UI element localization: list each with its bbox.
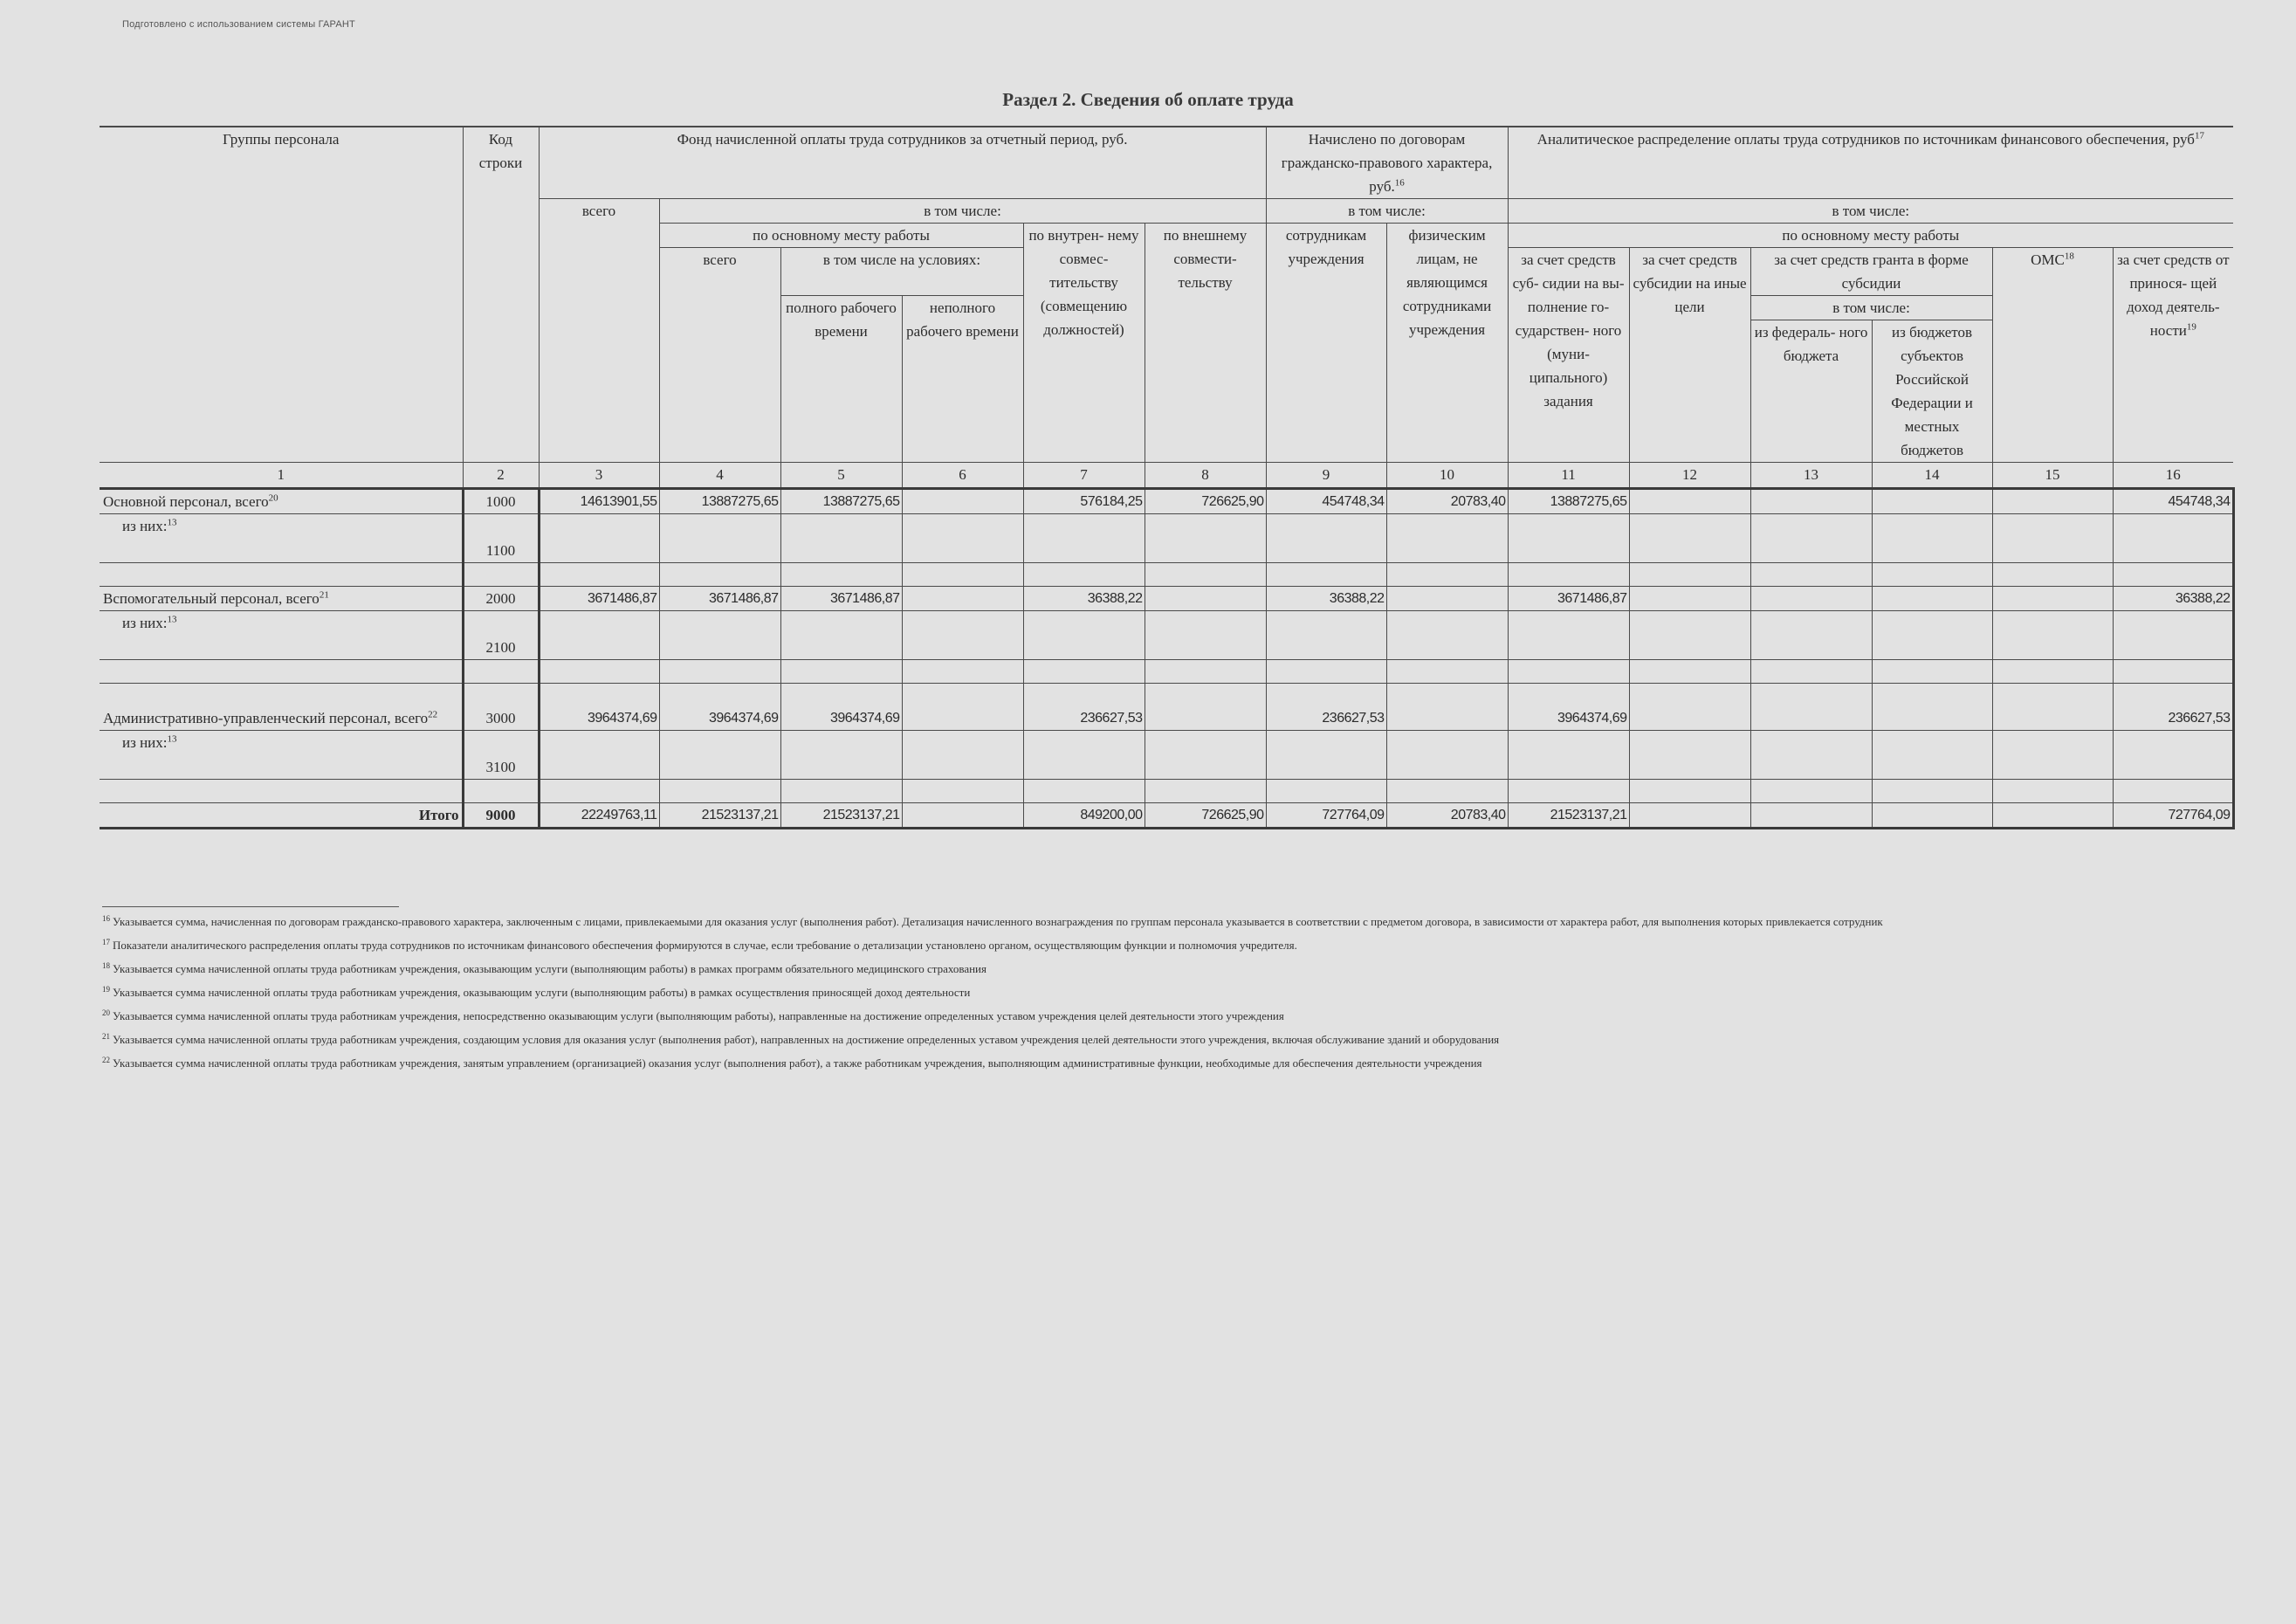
row-code: 9000 (463, 803, 539, 829)
row-label: из них:13 (100, 731, 463, 780)
footnote-19: 19Указывается сумма начисленной оплаты т… (102, 981, 2215, 1004)
row-label-text: Административно-управленческий персонал,… (103, 710, 428, 726)
row-code: 3000 (463, 684, 539, 731)
footnote-ref: 20 (269, 492, 278, 503)
column-number: 12 (1629, 463, 1750, 489)
value-cell (1872, 660, 1992, 684)
footnote-ref: 13 (167, 733, 176, 744)
value-cell (902, 660, 1023, 684)
value-cell (2113, 731, 2233, 780)
header-an-grant-incl: в том числе: (1750, 296, 1992, 320)
value-cell (1508, 611, 1629, 660)
row-label-text: из них: (122, 518, 167, 534)
row-label: из них:13 (100, 611, 463, 660)
value-cell (1386, 731, 1508, 780)
footnote-16: 16Указывается сумма, начисленная по дого… (102, 910, 2215, 933)
value-cell (659, 660, 780, 684)
footnote-20: 20Указывается сумма начисленной оплаты т… (102, 1004, 2215, 1028)
value-cell: 21523137,21 (780, 803, 902, 829)
header-an-income: за счет средств от принося- щей доход де… (2113, 248, 2233, 463)
header-fund-total: всего (539, 199, 659, 463)
value-cell: 3671486,87 (659, 587, 780, 611)
header-fund: Фонд начисленной оплаты труда сотруднико… (539, 127, 1266, 199)
value-cell (1386, 563, 1508, 587)
table-row (100, 780, 2233, 803)
column-number: 2 (463, 463, 539, 489)
value-cell: 727764,09 (1266, 803, 1386, 829)
value-cell (1992, 803, 2113, 829)
value-cell (2113, 563, 2233, 587)
header-an-other: за счет средств субсидии на иные цели (1629, 248, 1750, 463)
row-code: 1100 (463, 514, 539, 563)
value-cell (1872, 731, 1992, 780)
footnote-text: Указывается сумма начисленной оплаты тру… (113, 962, 986, 975)
footnote-text: Указывается сумма начисленной оплаты тру… (113, 1033, 1499, 1046)
value-cell (902, 514, 1023, 563)
header-civil: Начислено по договорам гражданско-правов… (1266, 127, 1508, 199)
column-number: 13 (1750, 463, 1872, 489)
value-cell (1992, 587, 2113, 611)
row-label: из них:13 (100, 514, 463, 563)
footnote-number: 18 (102, 961, 110, 970)
value-cell (902, 563, 1023, 587)
value-cell (1750, 489, 1872, 514)
value-cell: 726625,90 (1145, 489, 1266, 514)
header-code: Код строки (463, 127, 539, 463)
value-cell (1508, 563, 1629, 587)
value-cell (1266, 563, 1386, 587)
footnote-number: 16 (102, 914, 110, 923)
column-number: 5 (780, 463, 902, 489)
value-cell: 727764,09 (2113, 803, 2233, 829)
value-cell: 36388,22 (1266, 587, 1386, 611)
value-cell: 849200,00 (1023, 803, 1145, 829)
footnote-number: 17 (102, 938, 110, 946)
footnote-22: 22Указывается сумма начисленной оплаты т… (102, 1051, 2215, 1075)
value-cell: 36388,22 (1023, 587, 1145, 611)
value-cell (1386, 684, 1508, 731)
value-cell (780, 611, 902, 660)
value-cell: 3964374,69 (659, 684, 780, 731)
value-cell (1023, 660, 1145, 684)
value-cell (1750, 587, 1872, 611)
header-external: по внешнему совмести- тельству (1145, 224, 1266, 463)
value-cell (1992, 780, 2113, 803)
value-cell (1266, 780, 1386, 803)
table-row: из них:131100 (100, 514, 2233, 563)
table-row (100, 660, 2233, 684)
value-cell: 576184,25 (1023, 489, 1145, 514)
value-cell (1872, 489, 1992, 514)
value-cell (1508, 514, 1629, 563)
footnote-number: 22 (102, 1056, 110, 1064)
row-code (463, 660, 539, 684)
value-cell (1386, 660, 1508, 684)
value-cell (1992, 563, 2113, 587)
value-cell: 454748,34 (2113, 489, 2233, 514)
value-cell: 20783,40 (1386, 803, 1508, 829)
section-title: Раздел 2. Сведения об оплате труда (0, 89, 2296, 111)
value-cell (1872, 803, 1992, 829)
value-cell (2113, 514, 2233, 563)
value-cell (659, 563, 780, 587)
row-label (100, 660, 463, 684)
column-number: 7 (1023, 463, 1145, 489)
value-cell: 3964374,69 (780, 684, 902, 731)
value-cell (1508, 731, 1629, 780)
row-code (463, 780, 539, 803)
value-cell (1145, 684, 1266, 731)
value-cell: 236627,53 (2113, 684, 2233, 731)
value-cell (539, 660, 659, 684)
value-cell (1629, 660, 1750, 684)
column-number: 10 (1386, 463, 1508, 489)
value-cell (902, 489, 1023, 514)
row-code: 1000 (463, 489, 539, 514)
value-cell (1266, 611, 1386, 660)
value-cell (2113, 611, 2233, 660)
value-cell (1872, 587, 1992, 611)
value-cell (1023, 514, 1145, 563)
header-part-time: неполного рабочего времени (902, 296, 1023, 463)
value-cell (1750, 803, 1872, 829)
value-cell (1750, 611, 1872, 660)
value-cell (1872, 563, 1992, 587)
value-cell (1629, 587, 1750, 611)
footnote-text: Указывается сумма, начисленная по догово… (113, 915, 1883, 928)
footnote-ref: 21 (320, 589, 329, 600)
value-cell: 236627,53 (1266, 684, 1386, 731)
value-cell: 22249763,11 (539, 803, 659, 829)
row-label-text: из них: (122, 615, 167, 631)
table-row: Административно-управленческий персонал,… (100, 684, 2233, 731)
value-cell (1145, 611, 1266, 660)
value-cell (1386, 587, 1508, 611)
header-analytic-text: Аналитическое распределение оплаты труда… (1537, 131, 2195, 148)
header-an-income-text: за счет средств от принося- щей доход де… (2117, 251, 2229, 339)
footnote-ref: 18 (2065, 251, 2074, 261)
value-cell: 3964374,69 (539, 684, 659, 731)
table-row (100, 563, 2233, 587)
footnote-17: 17Показатели аналитического распределени… (102, 933, 2215, 957)
value-cell (902, 587, 1023, 611)
footnote-ref: 17 (2195, 130, 2204, 141)
value-cell (902, 611, 1023, 660)
footnotes: 16Указывается сумма, начисленная по дого… (102, 910, 2215, 1075)
header-civil-incl: в том числе: (1266, 199, 1508, 224)
header-main-total: всего (659, 248, 780, 463)
value-cell (1023, 731, 1145, 780)
value-cell (1386, 514, 1508, 563)
header-civil-individuals: физическим лицам, не являющимся сотрудни… (1386, 224, 1508, 463)
value-cell (1992, 684, 2113, 731)
header-civil-text: Начислено по договорам гражданско-правов… (1282, 131, 1493, 195)
value-cell (1629, 684, 1750, 731)
value-cell (1145, 780, 1266, 803)
value-cell (1145, 660, 1266, 684)
value-cell (1508, 660, 1629, 684)
row-code (463, 563, 539, 587)
value-cell (1629, 803, 1750, 829)
value-cell: 3671486,87 (539, 587, 659, 611)
header-full-time: полного рабочего времени (780, 296, 902, 463)
value-cell (1508, 780, 1629, 803)
header-main-place: по основному месту работы (659, 224, 1023, 248)
column-numbers-row: 12345678910111213141516 (100, 463, 2233, 489)
header-analytic: Аналитическое распределение оплаты труда… (1508, 127, 2233, 199)
value-cell (1992, 731, 2113, 780)
footnote-ref: 19 (2187, 321, 2196, 332)
value-cell (1750, 780, 1872, 803)
footnote-text: Указывается сумма начисленной оплаты тру… (113, 1009, 1284, 1022)
value-cell (1266, 731, 1386, 780)
header-an-federal: из федераль- ного бюджета (1750, 320, 1872, 463)
footnote-21: 21Указывается сумма начисленной оплаты т… (102, 1028, 2215, 1051)
value-cell: 13887275,65 (780, 489, 902, 514)
value-cell (1023, 780, 1145, 803)
table-body: Основной персонал, всего20100014613901,5… (100, 489, 2233, 829)
value-cell (1992, 660, 2113, 684)
value-cell (539, 514, 659, 563)
value-cell: 726625,90 (1145, 803, 1266, 829)
footnote-ref: 22 (428, 709, 437, 719)
row-label: Итого (100, 803, 463, 829)
footnote-ref: 13 (167, 517, 176, 527)
column-number: 4 (659, 463, 780, 489)
value-cell (1145, 731, 1266, 780)
header-analytic-incl: в том числе: (1508, 199, 2233, 224)
value-cell (902, 780, 1023, 803)
value-cell: 3671486,87 (780, 587, 902, 611)
value-cell (780, 780, 902, 803)
value-cell (659, 514, 780, 563)
value-cell (1872, 684, 1992, 731)
header-analytic-main-place: по основному месту работы (1508, 224, 2233, 248)
value-cell: 3671486,87 (1508, 587, 1629, 611)
footnote-text: Указывается сумма начисленной оплаты тру… (113, 1056, 1482, 1070)
value-cell: 36388,22 (2113, 587, 2233, 611)
value-cell (659, 731, 780, 780)
value-cell (1992, 489, 2113, 514)
row-label: Административно-управленческий персонал,… (100, 684, 463, 731)
value-cell (659, 780, 780, 803)
value-cell (1145, 563, 1266, 587)
value-cell (1872, 611, 1992, 660)
value-cell (1629, 611, 1750, 660)
column-number: 6 (902, 463, 1023, 489)
value-cell (659, 611, 780, 660)
row-label-text: Итого (419, 807, 459, 823)
value-cell (1629, 514, 1750, 563)
value-cell (1386, 780, 1508, 803)
row-code: 2000 (463, 587, 539, 611)
value-cell (1266, 514, 1386, 563)
header-an-oms-text: ОМС (2031, 251, 2065, 268)
table-row: из них:133100 (100, 731, 2233, 780)
footnote-separator (102, 906, 399, 907)
column-number: 9 (1266, 463, 1386, 489)
value-cell (902, 731, 1023, 780)
header-an-oms: ОМС18 (1992, 248, 2113, 463)
header-fund-incl: в том числе: (659, 199, 1266, 224)
row-label-text: Основной персонал, всего (103, 493, 269, 510)
value-cell (1266, 660, 1386, 684)
footnote-18: 18Указывается сумма начисленной оплаты т… (102, 957, 2215, 981)
value-cell (1750, 563, 1872, 587)
header-an-regional: из бюджетов субъектов Российской Федерац… (1872, 320, 1992, 463)
value-cell (1872, 514, 1992, 563)
footnote-number: 19 (102, 985, 110, 994)
source-note: Подготовлено с использованием системы ГА… (122, 19, 355, 30)
value-cell (1629, 489, 1750, 514)
footnote-number: 21 (102, 1032, 110, 1041)
value-cell (2113, 660, 2233, 684)
footnote-ref: 16 (1395, 177, 1405, 188)
value-cell (902, 684, 1023, 731)
value-cell (780, 514, 902, 563)
column-number: 11 (1508, 463, 1629, 489)
value-cell (1992, 514, 2113, 563)
value-cell: 236627,53 (1023, 684, 1145, 731)
total-row: Итого900022249763,1121523137,2121523137,… (100, 803, 2233, 829)
value-cell: 21523137,21 (1508, 803, 1629, 829)
value-cell: 20783,40 (1386, 489, 1508, 514)
value-cell (780, 660, 902, 684)
column-number: 8 (1145, 463, 1266, 489)
value-cell (539, 780, 659, 803)
value-cell (902, 803, 1023, 829)
value-cell: 13887275,65 (659, 489, 780, 514)
value-cell (1750, 731, 1872, 780)
header-an-state-task: за счет средств суб- сидии на вы- полнен… (1508, 248, 1629, 463)
footnote-text: Указывается сумма начисленной оплаты тру… (113, 986, 970, 999)
value-cell (1629, 731, 1750, 780)
value-cell (780, 563, 902, 587)
value-cell: 454748,34 (1266, 489, 1386, 514)
value-cell (1750, 514, 1872, 563)
column-number: 14 (1872, 463, 1992, 489)
value-cell (1992, 611, 2113, 660)
value-cell: 14613901,55 (539, 489, 659, 514)
payroll-table: Группы персонала Код строки Фонд начисле… (100, 126, 2235, 829)
value-cell: 3964374,69 (1508, 684, 1629, 731)
value-cell (1872, 780, 1992, 803)
header-civil-employees: сотрудникам учреждения (1266, 224, 1386, 463)
header-incl-conditions: в том числе на условиях: (780, 248, 1023, 296)
table-row: из них:132100 (100, 611, 2233, 660)
value-cell (539, 563, 659, 587)
column-number: 1 (100, 463, 463, 489)
row-code: 2100 (463, 611, 539, 660)
footnote-ref: 13 (167, 614, 176, 624)
value-cell: 13887275,65 (1508, 489, 1629, 514)
value-cell (1750, 660, 1872, 684)
value-cell (539, 611, 659, 660)
header-internal: по внутрен- нему совмес- тительству (сов… (1023, 224, 1145, 463)
header-groups: Группы персонала (100, 127, 463, 463)
value-cell (1145, 514, 1266, 563)
value-cell (1386, 611, 1508, 660)
value-cell (1629, 563, 1750, 587)
value-cell (1023, 563, 1145, 587)
value-cell (2113, 780, 2233, 803)
value-cell (1145, 587, 1266, 611)
row-label (100, 780, 463, 803)
column-number: 16 (2113, 463, 2233, 489)
value-cell (1629, 780, 1750, 803)
row-label: Вспомогательный персонал, всего21 (100, 587, 463, 611)
value-cell (780, 731, 902, 780)
footnote-text: Показатели аналитического распределения … (113, 939, 1297, 952)
value-cell (1023, 611, 1145, 660)
table-row: Вспомогательный персонал, всего212000367… (100, 587, 2233, 611)
row-label-text: из них: (122, 734, 167, 751)
row-label: Основной персонал, всего20 (100, 489, 463, 514)
footnote-number: 20 (102, 1008, 110, 1017)
table-row: Основной персонал, всего20100014613901,5… (100, 489, 2233, 514)
header-an-grant: за счет средств гранта в форме субсидии (1750, 248, 1992, 296)
column-number: 3 (539, 463, 659, 489)
row-label (100, 563, 463, 587)
row-code: 3100 (463, 731, 539, 780)
value-cell (539, 731, 659, 780)
column-number: 15 (1992, 463, 2113, 489)
value-cell: 21523137,21 (659, 803, 780, 829)
row-label-text: Вспомогательный персонал, всего (103, 590, 320, 607)
value-cell (1750, 684, 1872, 731)
